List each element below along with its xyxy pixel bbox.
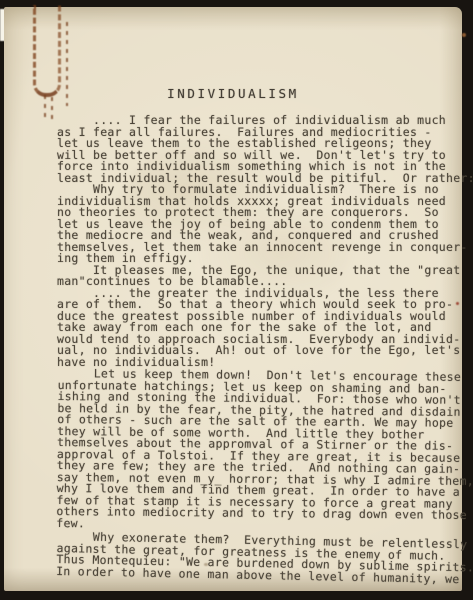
document-page: INDIVIDUALISM .... I fear the failures o… [4,7,462,591]
paragraph: It pleases me, the Ego, the unique, that… [57,265,457,288]
photo-background: INDIVIDUALISM .... I fear the failures o… [0,0,473,600]
paragraph: Why exonerate them? Everything must be r… [56,531,457,585]
page-title: INDIVIDUALISM [4,86,462,101]
rust-dot [462,33,466,37]
paperclip-stain [33,5,61,97]
paragraph: .... I fear the failures of individualis… [57,115,457,184]
paragraph: .... the greater the individuals, the le… [57,288,457,369]
document-body: .... I fear the failures of individualis… [57,115,457,575]
paragraph: Why try to formulate individualism? Ther… [57,184,457,265]
paragraph: Let us keep them down! Don't let's encou… [56,368,458,533]
